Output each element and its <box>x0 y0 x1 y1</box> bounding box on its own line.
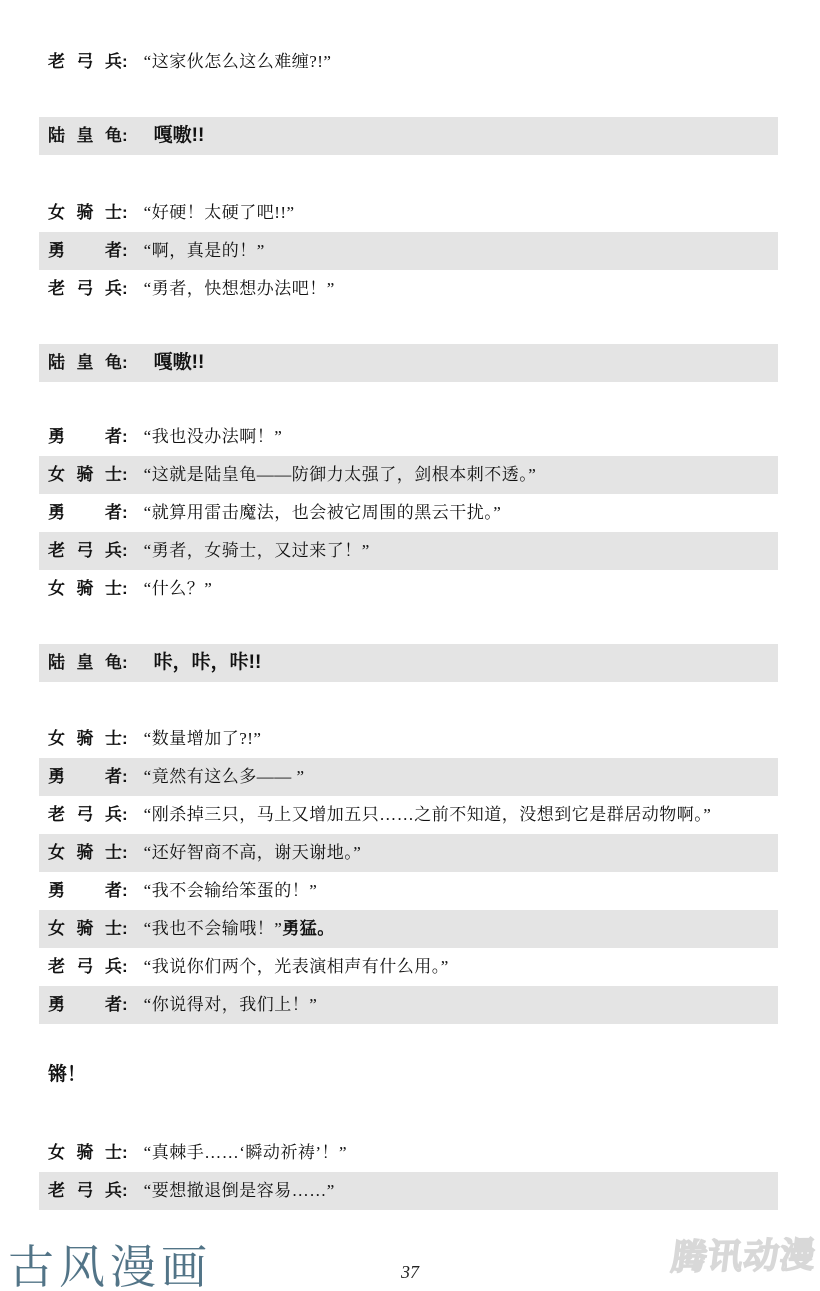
spacer <box>39 0 778 43</box>
dialogue-row: 勇者:“我也没办法啊！” <box>39 418 778 456</box>
dialogue-row: 勇者:“竟然有这么多—— ” <box>39 758 778 796</box>
dialogue-text: “啊，真是的！” <box>144 234 265 268</box>
speaker-name: 勇者: <box>48 420 128 454</box>
dialogue-row: 老弓兵:“这家伙怎么这么难缠?!” <box>39 43 778 81</box>
speaker-name-text: 勇者 <box>48 874 122 908</box>
speaker-name-text: 女骑士 <box>48 912 122 946</box>
speaker-name-text: 陆皇龟 <box>48 646 122 680</box>
dialogue-row: 女骑士:“什么？” <box>39 570 778 608</box>
emphasis-text: 勇猛。 <box>282 919 335 938</box>
dialogue-text: “我不会输给笨蛋的！” <box>144 874 318 908</box>
speaker-name-text: 女骑士 <box>48 572 122 606</box>
dialogue-row: 女骑士:“真棘手……‘瞬动祈祷’！” <box>39 1134 778 1172</box>
speaker-name: 勇者: <box>48 760 128 794</box>
speaker-name: 女骑士: <box>48 458 128 492</box>
dialogue-list: 老弓兵:“这家伙怎么这么难缠?!”陆皇龟:嘎嗷!!女骑士:“好硬！太硬了吧!!”… <box>39 0 778 1210</box>
speaker-name-text: 女骑士 <box>48 1136 122 1170</box>
dialogue-text: “我也没办法啊！” <box>144 420 283 454</box>
dialogue-row: 老弓兵:“勇者，快想想办法吧！” <box>39 270 778 308</box>
dialogue-text: “真棘手……‘瞬动祈祷’！” <box>144 1136 347 1170</box>
speaker-name: 陆皇龟: <box>48 646 128 680</box>
sfx-row: 陆皇龟:咔，咔，咔!! <box>39 644 778 682</box>
speaker-name-text: 勇者 <box>48 988 122 1022</box>
speaker-name-text: 勇者 <box>48 496 122 530</box>
speaker-name-text: 老弓兵 <box>48 798 122 832</box>
speaker-colon: : <box>122 722 128 756</box>
sfx-text: 锵！ <box>48 1058 86 1092</box>
spacer <box>39 155 778 194</box>
speaker-name-text: 老弓兵 <box>48 1174 122 1208</box>
dialogue-row: 勇者:“我不会输给笨蛋的！” <box>39 872 778 910</box>
speaker-colon: : <box>122 496 128 530</box>
speaker-colon: : <box>122 119 128 153</box>
speaker-name-text: 勇者 <box>48 760 122 794</box>
speaker-colon: : <box>122 1136 128 1170</box>
dialogue-text: “还好智商不高，谢天谢地。” <box>144 836 362 870</box>
speaker-colon: : <box>122 196 128 230</box>
speaker-colon: : <box>122 798 128 832</box>
dialogue-row: 勇者:“啊，真是的！” <box>39 232 778 270</box>
dialogue-text: “这家伙怎么这么难缠?!” <box>144 45 332 79</box>
dialogue-text: “数量增加了?!” <box>144 722 262 756</box>
speaker-name: 老弓兵: <box>48 272 128 306</box>
speaker-name: 勇者: <box>48 496 128 530</box>
dialogue-text: “好硬！太硬了吧!!” <box>144 196 295 230</box>
speaker-name-text: 女骑士 <box>48 722 122 756</box>
dialogue-text: “要想撤退倒是容易……” <box>144 1174 335 1208</box>
page: 老弓兵:“这家伙怎么这么难缠?!”陆皇龟:嘎嗷!!女骑士:“好硬！太硬了吧!!”… <box>0 0 820 1291</box>
speaker-name: 女骑士: <box>48 196 128 230</box>
speaker-colon: : <box>122 234 128 268</box>
dialogue-text: “你说得对，我们上！” <box>144 988 318 1022</box>
speaker-name: 勇者: <box>48 988 128 1022</box>
dialogue-text: “勇者，女骑士，又过来了！” <box>144 534 370 568</box>
watermark-tencent-comics: 腾讯动漫 <box>669 1228 820 1281</box>
dialogue-row: 女骑士:“这就是陆皇龟——防御力太强了，剑根本刺不透。” <box>39 456 778 494</box>
speaker-name: 老弓兵: <box>48 534 128 568</box>
dialogue-text: “我也不会输哦！”勇猛。 <box>144 912 335 946</box>
speaker-name: 勇者: <box>48 234 128 268</box>
speaker-name-text: 老弓兵 <box>48 272 122 306</box>
speaker-name-text: 陆皇龟 <box>48 119 122 153</box>
dialogue-text: “就算用雷击魔法，也会被它周围的黑云干扰。” <box>144 496 502 530</box>
dialogue-row: 老弓兵:“我说你们两个，光表演相声有什么用。” <box>39 948 778 986</box>
dialogue-row: 勇者:“就算用雷击魔法，也会被它周围的黑云干扰。” <box>39 494 778 532</box>
speaker-name: 老弓兵: <box>48 1174 128 1208</box>
dialogue-row: 女骑士:“数量增加了?!” <box>39 720 778 758</box>
speaker-name-text: 老弓兵 <box>48 45 122 79</box>
dialogue-text: “这就是陆皇龟——防御力太强了，剑根本刺不透。” <box>144 458 537 492</box>
speaker-name-text: 老弓兵 <box>48 950 122 984</box>
sfx-text: 咔，咔，咔!! <box>154 646 262 680</box>
speaker-colon: : <box>122 45 128 79</box>
sfx-text: 嘎嗷!! <box>154 346 205 380</box>
sfx-row: 锵！ <box>39 1056 778 1094</box>
speaker-colon: : <box>122 1174 128 1208</box>
dialogue-text: “我说你们两个，光表演相声有什么用。” <box>144 950 449 984</box>
speaker-name-text: 勇者 <box>48 420 122 454</box>
speaker-colon: : <box>122 458 128 492</box>
speaker-colon: : <box>122 988 128 1022</box>
dialogue-row: 老弓兵:“勇者，女骑士，又过来了！” <box>39 532 778 570</box>
speaker-colon: : <box>122 760 128 794</box>
dialogue-row: 女骑士:“我也不会输哦！”勇猛。 <box>39 910 778 948</box>
speaker-name-text: 老弓兵 <box>48 534 122 568</box>
speaker-name-text: 女骑士 <box>48 196 122 230</box>
dialogue-row: 女骑士:“还好智商不高，谢天谢地。” <box>39 834 778 872</box>
dialogue-text: “什么？” <box>144 572 213 606</box>
speaker-colon: : <box>122 572 128 606</box>
speaker-colon: : <box>122 646 128 680</box>
spacer <box>39 608 778 644</box>
speaker-colon: : <box>122 534 128 568</box>
speaker-name: 女骑士: <box>48 572 128 606</box>
dialogue-text: “勇者，快想想办法吧！” <box>144 272 335 306</box>
speaker-name-text: 女骑士 <box>48 458 122 492</box>
spacer <box>39 1024 778 1056</box>
speaker-name: 陆皇龟: <box>48 346 128 380</box>
sfx-row: 陆皇龟:嘎嗷!! <box>39 117 778 155</box>
speaker-colon: : <box>122 420 128 454</box>
speaker-name: 女骑士: <box>48 1136 128 1170</box>
speaker-colon: : <box>122 272 128 306</box>
dialogue-text: “竟然有这么多—— ” <box>144 760 305 794</box>
dialogue-text: “刚杀掉三只，马上又增加五只……之前不知道，没想到它是群居动物啊。” <box>144 798 712 832</box>
speaker-colon: : <box>122 346 128 380</box>
speaker-name-text: 女骑士 <box>48 836 122 870</box>
dialogue-row: 勇者:“你说得对，我们上！” <box>39 986 778 1024</box>
speaker-name-text: 陆皇龟 <box>48 346 122 380</box>
speaker-colon: : <box>122 874 128 908</box>
sfx-row: 陆皇龟:嘎嗷!! <box>39 344 778 382</box>
dialogue-row: 老弓兵:“要想撤退倒是容易……” <box>39 1172 778 1210</box>
speaker-name: 勇者: <box>48 874 128 908</box>
speaker-name: 女骑士: <box>48 912 128 946</box>
publisher-logo: 古风漫画 <box>8 1231 212 1291</box>
dialogue-row: 女骑士:“好硬！太硬了吧!!” <box>39 194 778 232</box>
spacer <box>39 1094 778 1134</box>
speaker-name: 女骑士: <box>48 722 128 756</box>
speaker-name: 女骑士: <box>48 836 128 870</box>
speaker-colon: : <box>122 950 128 984</box>
spacer <box>39 308 778 344</box>
sfx-text: 嘎嗷!! <box>154 119 205 153</box>
spacer <box>39 382 778 418</box>
spacer <box>39 81 778 117</box>
speaker-name: 老弓兵: <box>48 798 128 832</box>
speaker-name: 老弓兵: <box>48 950 128 984</box>
spacer <box>39 682 778 720</box>
dialogue-row: 老弓兵:“刚杀掉三只，马上又增加五只……之前不知道，没想到它是群居动物啊。” <box>39 796 778 834</box>
speaker-colon: : <box>122 836 128 870</box>
speaker-name-text: 勇者 <box>48 234 122 268</box>
speaker-name: 老弓兵: <box>48 45 128 79</box>
speaker-colon: : <box>122 912 128 946</box>
speaker-name: 陆皇龟: <box>48 119 128 153</box>
